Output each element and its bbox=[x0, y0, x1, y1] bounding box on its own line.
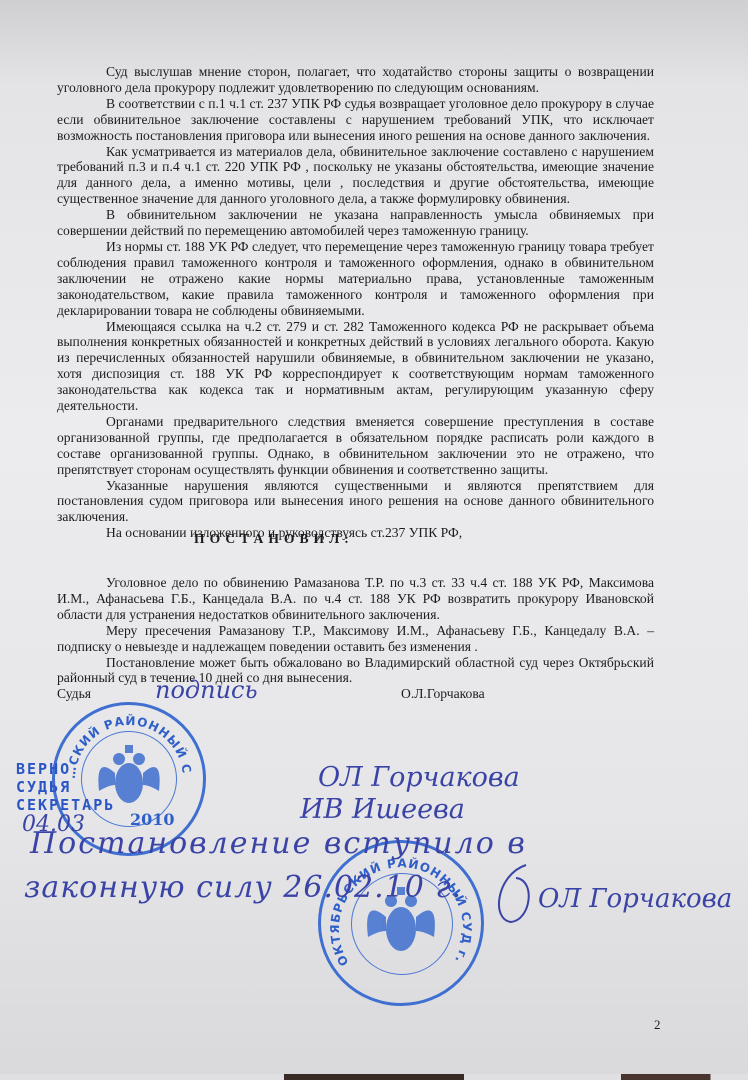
handwritten-legal-force-line1: Постановление вступило в bbox=[30, 826, 527, 861]
judge-name: О.Л.Горчакова bbox=[401, 686, 485, 702]
handwritten-name-1: ОЛ Горчакова bbox=[318, 762, 520, 793]
resolution-paragraph: Меру пресечения Рамазанову Т.Р., Максимо… bbox=[57, 623, 654, 655]
stamp-line: СУДЬЯ bbox=[16, 778, 115, 796]
paragraph: Из нормы ст. 188 УК РФ следует, что пере… bbox=[57, 239, 654, 319]
paragraph: Указанные нарушения являются существенны… bbox=[57, 478, 654, 526]
resolution-paragraph: Уголовное дело по обвинению Рамазанова Т… bbox=[57, 575, 654, 623]
eagle-emblem-icon: ОКТЯБРЬСКИЙ РАЙОННЫЙ СУД г. ВЛАДИМИРА bbox=[321, 843, 481, 1003]
paragraph: На основании изложенного и руководствуяс… bbox=[57, 525, 654, 541]
paragraph: Имеющаяся ссылка на ч.2 ст. 279 и ст. 28… bbox=[57, 319, 654, 414]
paragraph: Как усматривается из материалов дела, об… bbox=[57, 144, 654, 208]
page-number: 2 bbox=[654, 1017, 661, 1033]
handwritten-name-2: ИВ Ишеева bbox=[300, 794, 465, 825]
paragraph: Суд выслушав мнение сторон, полагает, чт… bbox=[57, 64, 654, 96]
paragraph: В соответствии с п.1 ч.1 ст. 237 УПК РФ … bbox=[57, 96, 654, 144]
document-body: Суд выслушав мнение сторон, полагает, чт… bbox=[57, 64, 654, 541]
resolution-body: Уголовное дело по обвинению Рамазанова Т… bbox=[57, 575, 654, 686]
stamp-line: ВЕРНО bbox=[16, 760, 115, 778]
handwritten-legal-force-line2: законную силу 26.02.10 г. bbox=[24, 870, 462, 905]
handwritten-signature: подпись bbox=[155, 676, 258, 704]
right-court-stamp: ОКТЯБРЬСКИЙ РАЙОННЫЙ СУД г. ВЛАДИМИРА bbox=[318, 840, 484, 1006]
resolution-paragraph: Постановление может быть обжаловано во В… bbox=[57, 655, 654, 687]
judge-label: Судья bbox=[57, 686, 91, 702]
paragraph: В обвинительном заключении не указана на… bbox=[57, 207, 654, 239]
resolution-heading: ПОСТАНОВИЛ: bbox=[194, 531, 354, 547]
paragraph: Органами предварительного следствия вмен… bbox=[57, 414, 654, 478]
document-page: Суд выслушав мнение сторон, полагает, чт… bbox=[0, 0, 748, 1080]
certified-copy-stamp: ВЕРНО СУДЬЯ СЕКРЕТАРЬ bbox=[16, 760, 115, 814]
handwritten-name-3: ОЛ Горчакова bbox=[538, 884, 732, 914]
photo-bottom-edge bbox=[0, 1074, 748, 1080]
signature-flourish-icon bbox=[486, 860, 546, 930]
